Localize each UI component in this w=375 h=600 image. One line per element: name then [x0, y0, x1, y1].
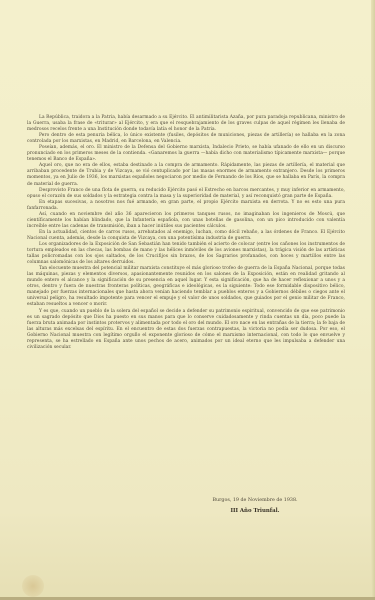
page-edge-shadow: [371, 0, 375, 600]
body-text: La República, traidora a la Patria, habí…: [27, 115, 345, 351]
paragraph-5: Desprovisto Franco de una flota de guerr…: [27, 188, 345, 200]
document-page: La República, traidora a la Patria, habí…: [0, 0, 375, 600]
paragraph-7: Así, cuando en noviembre del año 36 apar…: [27, 212, 345, 230]
paragraph-2: Pero dentro de esta penuria bélica, lo ú…: [27, 133, 345, 145]
place-date: Burgos, 19 de Noviembre de 1938.: [200, 498, 310, 503]
paragraph-8: En la actualidad, cientos de carros ruso…: [27, 230, 345, 242]
paragraph-11: Y es que, cuando un pueblo de la solera …: [27, 309, 345, 351]
paragraph-3: Poseían, además, el oro. El ministro de …: [27, 145, 345, 163]
paragraph-6: En etapas sucesivas, a nosotros nos fué …: [27, 200, 345, 212]
paragraph-4: Aquel oro, que no era de ellos, estaba d…: [27, 163, 345, 187]
year-label: III Año Triunfal.: [210, 508, 300, 514]
paper-stain: [22, 575, 44, 597]
paragraph-10: Tan elocuente muestra del potencial mili…: [27, 266, 345, 308]
paragraph-9: Los organizadores de la Exposición de Sa…: [27, 242, 345, 266]
paragraph-1: La República, traidora a la Patria, habí…: [27, 115, 345, 133]
